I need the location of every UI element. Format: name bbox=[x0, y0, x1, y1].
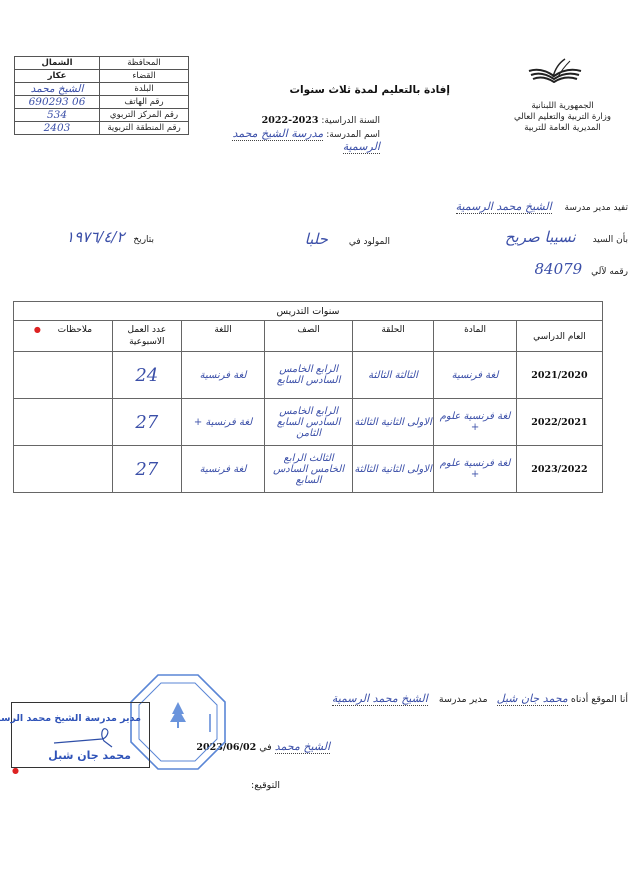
info-row: رقم المركز التربوي 534 bbox=[15, 109, 189, 122]
undersigned-name: محمد جان شبل bbox=[497, 692, 568, 706]
cell-year: 2021/2020 bbox=[516, 352, 602, 399]
cell-subject: لغة فرنسية علوم + bbox=[434, 399, 517, 446]
declaration-line-3: رقمه لآلي 84079 bbox=[490, 260, 628, 278]
birthplace-value: حلبا bbox=[305, 230, 328, 248]
ministry-line-1: الجمهورية اللبنانية bbox=[500, 101, 625, 112]
cell-hours: 27 bbox=[112, 399, 181, 446]
school-name-handwritten: الشيخ محمد الرسمية bbox=[456, 200, 552, 214]
cell-hours: 24 bbox=[112, 352, 181, 399]
info-label: رقم المنطقة التربوية bbox=[100, 122, 189, 135]
table-caption-row: سنوات التدريس bbox=[14, 302, 603, 321]
info-value: 534 bbox=[15, 109, 100, 122]
cell-notes bbox=[14, 446, 113, 493]
cell-grade: الرابع الخامس السادس السابع bbox=[265, 352, 353, 399]
info-row: المحافظة الشمال bbox=[15, 57, 189, 70]
cell-notes bbox=[14, 399, 113, 446]
director-school-name: الشيخ محمد الرسمية bbox=[332, 692, 428, 706]
cell-year: 2023/2022 bbox=[516, 446, 602, 493]
cell-cycle: الثالثة الثالثة bbox=[352, 352, 433, 399]
info-value: عكار bbox=[15, 70, 100, 83]
declaration-line-1: تفيد مدير مدرسة الشيخ محمد الرسمية bbox=[380, 200, 628, 213]
info-value: الشمال bbox=[15, 57, 100, 70]
table-header-row: العام الدراسي المادة الحلقة الصف اللغة ع… bbox=[14, 321, 603, 352]
school-name-label: اسم المدرسة: bbox=[326, 130, 380, 140]
teacher-name: نسيبا صريح bbox=[505, 228, 576, 246]
info-row: القضاء عكار bbox=[15, 70, 189, 83]
col-header-weekly-hours: عدد العمل الاسبوعية bbox=[112, 321, 181, 352]
director-stamp-box: مدير مدرسة الشيخ محمد الرسمية محمد جان ش… bbox=[11, 702, 150, 768]
ministry-line-2: وزارة التربية والتعليم العالي bbox=[500, 112, 625, 123]
stamp-line-2: محمد جان شبل bbox=[48, 749, 131, 762]
cell-grade: الثالث الرابع الخامس السادس السابع bbox=[265, 446, 353, 493]
cell-subject: لغة فرنسية علوم + bbox=[434, 446, 517, 493]
cell-language: لغة فرنسية + bbox=[181, 399, 265, 446]
born-in-label: المولود في bbox=[349, 237, 390, 247]
info-label: رقم المركز التربوي bbox=[100, 109, 189, 122]
cell-grade: الرابع الخامس السادس السابع الثامن bbox=[265, 399, 353, 446]
academic-year-label: السنة الدراسية: bbox=[321, 116, 380, 126]
col-header-notes: ملاحظات ● bbox=[14, 321, 113, 352]
cell-language: لغة فرنسية bbox=[181, 352, 265, 399]
info-value: الشيخ محمد bbox=[15, 83, 100, 96]
open-book-quill-icon bbox=[525, 57, 585, 83]
school-name-row: اسم المدرسة: مدرسة الشيخ محمد الرسمية bbox=[210, 127, 380, 153]
table-row: 2021/2020 لغة فرنسية الثالثة الثالثة الر… bbox=[14, 352, 603, 399]
signature-scribble-icon bbox=[52, 725, 122, 749]
info-row: البلدة الشيخ محمد bbox=[15, 83, 189, 96]
cell-language: لغة فرنسية bbox=[181, 446, 265, 493]
signature-label: التوقيع: bbox=[200, 780, 280, 791]
info-label: البلدة bbox=[100, 83, 189, 96]
birthplace-row: المولود في حلبا bbox=[250, 230, 390, 248]
info-label: القضاء bbox=[100, 70, 189, 83]
ministry-line-3: المديرية العامة للتربية bbox=[500, 123, 625, 134]
mister-label: بأن السيد bbox=[593, 235, 628, 245]
in-label: في bbox=[259, 742, 271, 753]
col-header-grade: الصف bbox=[265, 321, 353, 352]
date-label: بتاريخ bbox=[133, 235, 154, 245]
info-row: رقم المنطقة التربوية 2403 bbox=[15, 122, 189, 135]
info-label: رقم الهاتف bbox=[100, 96, 189, 109]
table-row: 2023/2022 لغة فرنسية علوم + الاولى الثان… bbox=[14, 446, 603, 493]
margin-mark-icon: ● bbox=[12, 766, 19, 775]
info-row: رقم الهاتف 06 690293 bbox=[15, 96, 189, 109]
academic-year-row: السنة الدراسية: 2023-2022 bbox=[260, 115, 380, 126]
ministry-heading: الجمهورية اللبنانية وزارة التربية والتعل… bbox=[500, 101, 625, 134]
col-header-subject: المادة bbox=[434, 321, 517, 352]
declaration-line-2: بأن السيد نسيبا صريح bbox=[440, 228, 628, 246]
table-row: 2022/2021 لغة فرنسية علوم + الاولى الثان… bbox=[14, 399, 603, 446]
info-value: 2403 bbox=[15, 122, 100, 135]
notes-header-label: ملاحظات bbox=[58, 325, 92, 335]
cell-year: 2022/2021 bbox=[516, 399, 602, 446]
undersigned-row: أنا الموقع أدناه محمد جان شبل مدير مدرسة… bbox=[250, 692, 628, 705]
cell-notes bbox=[14, 352, 113, 399]
director-of-school-label: مدير مدرسة bbox=[439, 694, 488, 705]
cell-hours: 27 bbox=[112, 446, 181, 493]
col-header-language: اللغة bbox=[181, 321, 265, 352]
undersigned-label: أنا الموقع أدناه bbox=[571, 694, 628, 705]
cell-cycle: الاولى الثانية الثالثة bbox=[352, 446, 433, 493]
stamp-line-1: مدير مدرسة الشيخ محمد الرسمية bbox=[0, 713, 141, 724]
info-label: المحافظة bbox=[100, 57, 189, 70]
cell-subject: لغة فرنسية bbox=[434, 352, 517, 399]
bullet-icon: ● bbox=[34, 325, 41, 334]
birthdate-value: ١٩٧٦/٤/٢ bbox=[66, 228, 124, 246]
teaching-years-table: سنوات التدريس العام الدراسي المادة الحلق… bbox=[13, 301, 603, 493]
document-title: إفادة بالتعليم لمدة ثلاث سنوات bbox=[250, 84, 450, 96]
table-caption: سنوات التدريس bbox=[14, 302, 603, 321]
place-value: الشيخ محمد bbox=[275, 740, 330, 754]
id-label: رقمه لآلي bbox=[591, 267, 628, 277]
cell-cycle: الاولى الثانية الثالثة bbox=[352, 399, 433, 446]
id-value: 84079 bbox=[534, 260, 582, 278]
col-header-year: العام الدراسي bbox=[516, 321, 602, 352]
school-info-table: المحافظة الشمال القضاء عكار البلدة الشيخ… bbox=[14, 56, 189, 135]
ministry-logo bbox=[525, 57, 585, 87]
academic-year-value: 2023-2022 bbox=[262, 115, 319, 126]
birthdate-row: بتاريخ ١٩٧٦/٤/٢ bbox=[4, 228, 154, 246]
director-label: تفيد مدير مدرسة bbox=[565, 203, 629, 213]
col-header-cycle: الحلقة bbox=[352, 321, 433, 352]
info-value: 06 690293 bbox=[15, 96, 100, 109]
